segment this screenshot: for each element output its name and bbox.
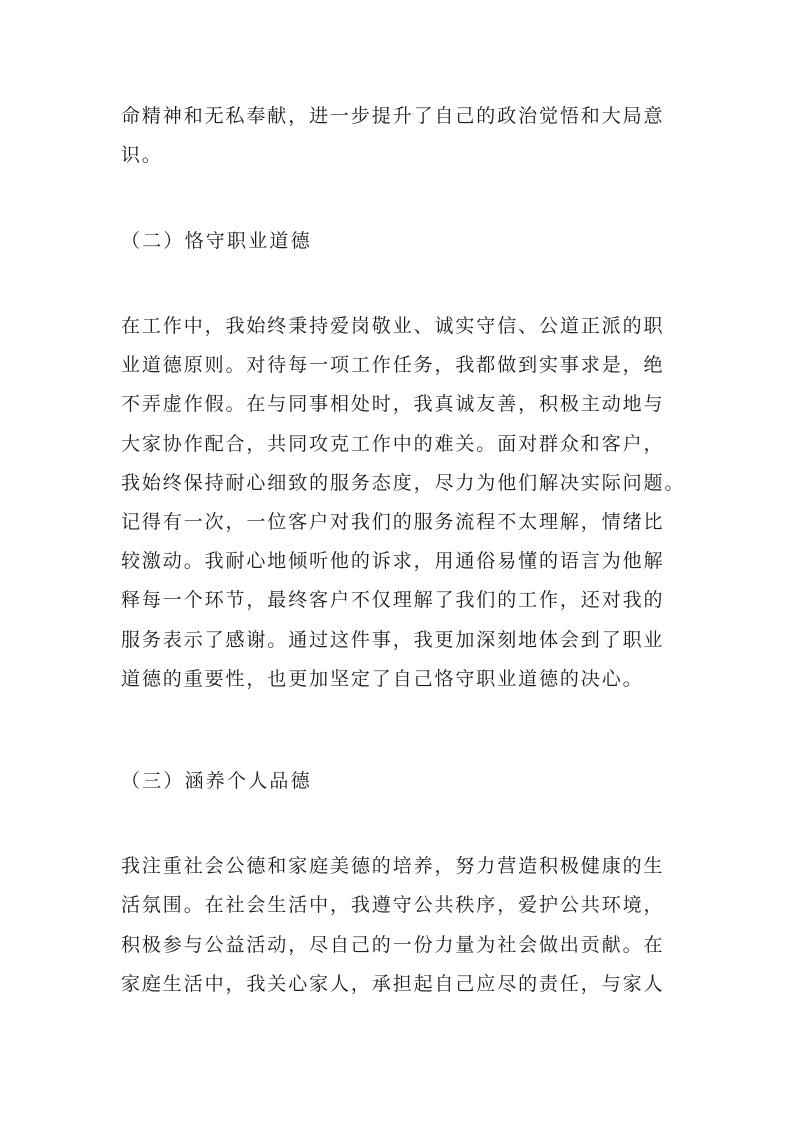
text-line: 业道德原则。对待每一项工作任务，我都做到实事求是，绝 bbox=[121, 353, 664, 377]
text-line: 大家协作配合，共同攻克工作中的难关。面对群众和客户， bbox=[121, 432, 664, 456]
text-line: 记得有一次，一位客户对我们的服务流程不太理解，情绪比 bbox=[121, 510, 664, 534]
text-line: 释每一个环节，最终客户不仅理解了我们的工作，还对我的 bbox=[121, 588, 664, 612]
text-line: 不弄虚作假。在与同事相处时，我真诚友善，积极主动地与 bbox=[121, 392, 664, 416]
text-line: 积极参与公益活动，尽自己的一份力量为社会做出贡献。在 bbox=[121, 933, 664, 957]
section-heading-personal-morality: （三）涵养个人品德 bbox=[121, 769, 312, 793]
text-line: 道德的重要性，也更加坚定了自己恪守职业道德的决心。 bbox=[121, 667, 644, 691]
text-line: 活氛围。在社会生活中，我遵守公共秩序，爱护公共环境， bbox=[121, 893, 664, 917]
text-line: 我注重社会公德和家庭美德的培养，努力营造积极健康的生 bbox=[121, 854, 664, 878]
text-line: 我始终保持耐心细致的服务态度，尽力为他们解决实际问题。 bbox=[121, 471, 685, 495]
text-line: 识。 bbox=[121, 143, 163, 167]
text-line: 在工作中，我始终秉持爱岗敬业、诚实守信、公道正派的职 bbox=[121, 314, 664, 338]
section-heading-professional-ethics: （二）恪守职业道德 bbox=[121, 229, 312, 253]
document-page: 命精神和无私奉献，进一步提升了自己的政治觉悟和大局意 识。 （二）恪守职业道德 … bbox=[0, 0, 793, 1122]
text-line: 家庭生活中，我关心家人，承担起自己应尽的责任，与家人 bbox=[121, 972, 664, 996]
text-line: 服务表示了感谢。通过这件事，我更加深刻地体会到了职业 bbox=[121, 628, 664, 652]
text-line: 命精神和无私奉献，进一步提升了自己的政治觉悟和大局意 bbox=[121, 104, 664, 128]
text-line: 较激动。我耐心地倾听他的诉求，用通俗易懂的语言为他解 bbox=[121, 549, 664, 573]
